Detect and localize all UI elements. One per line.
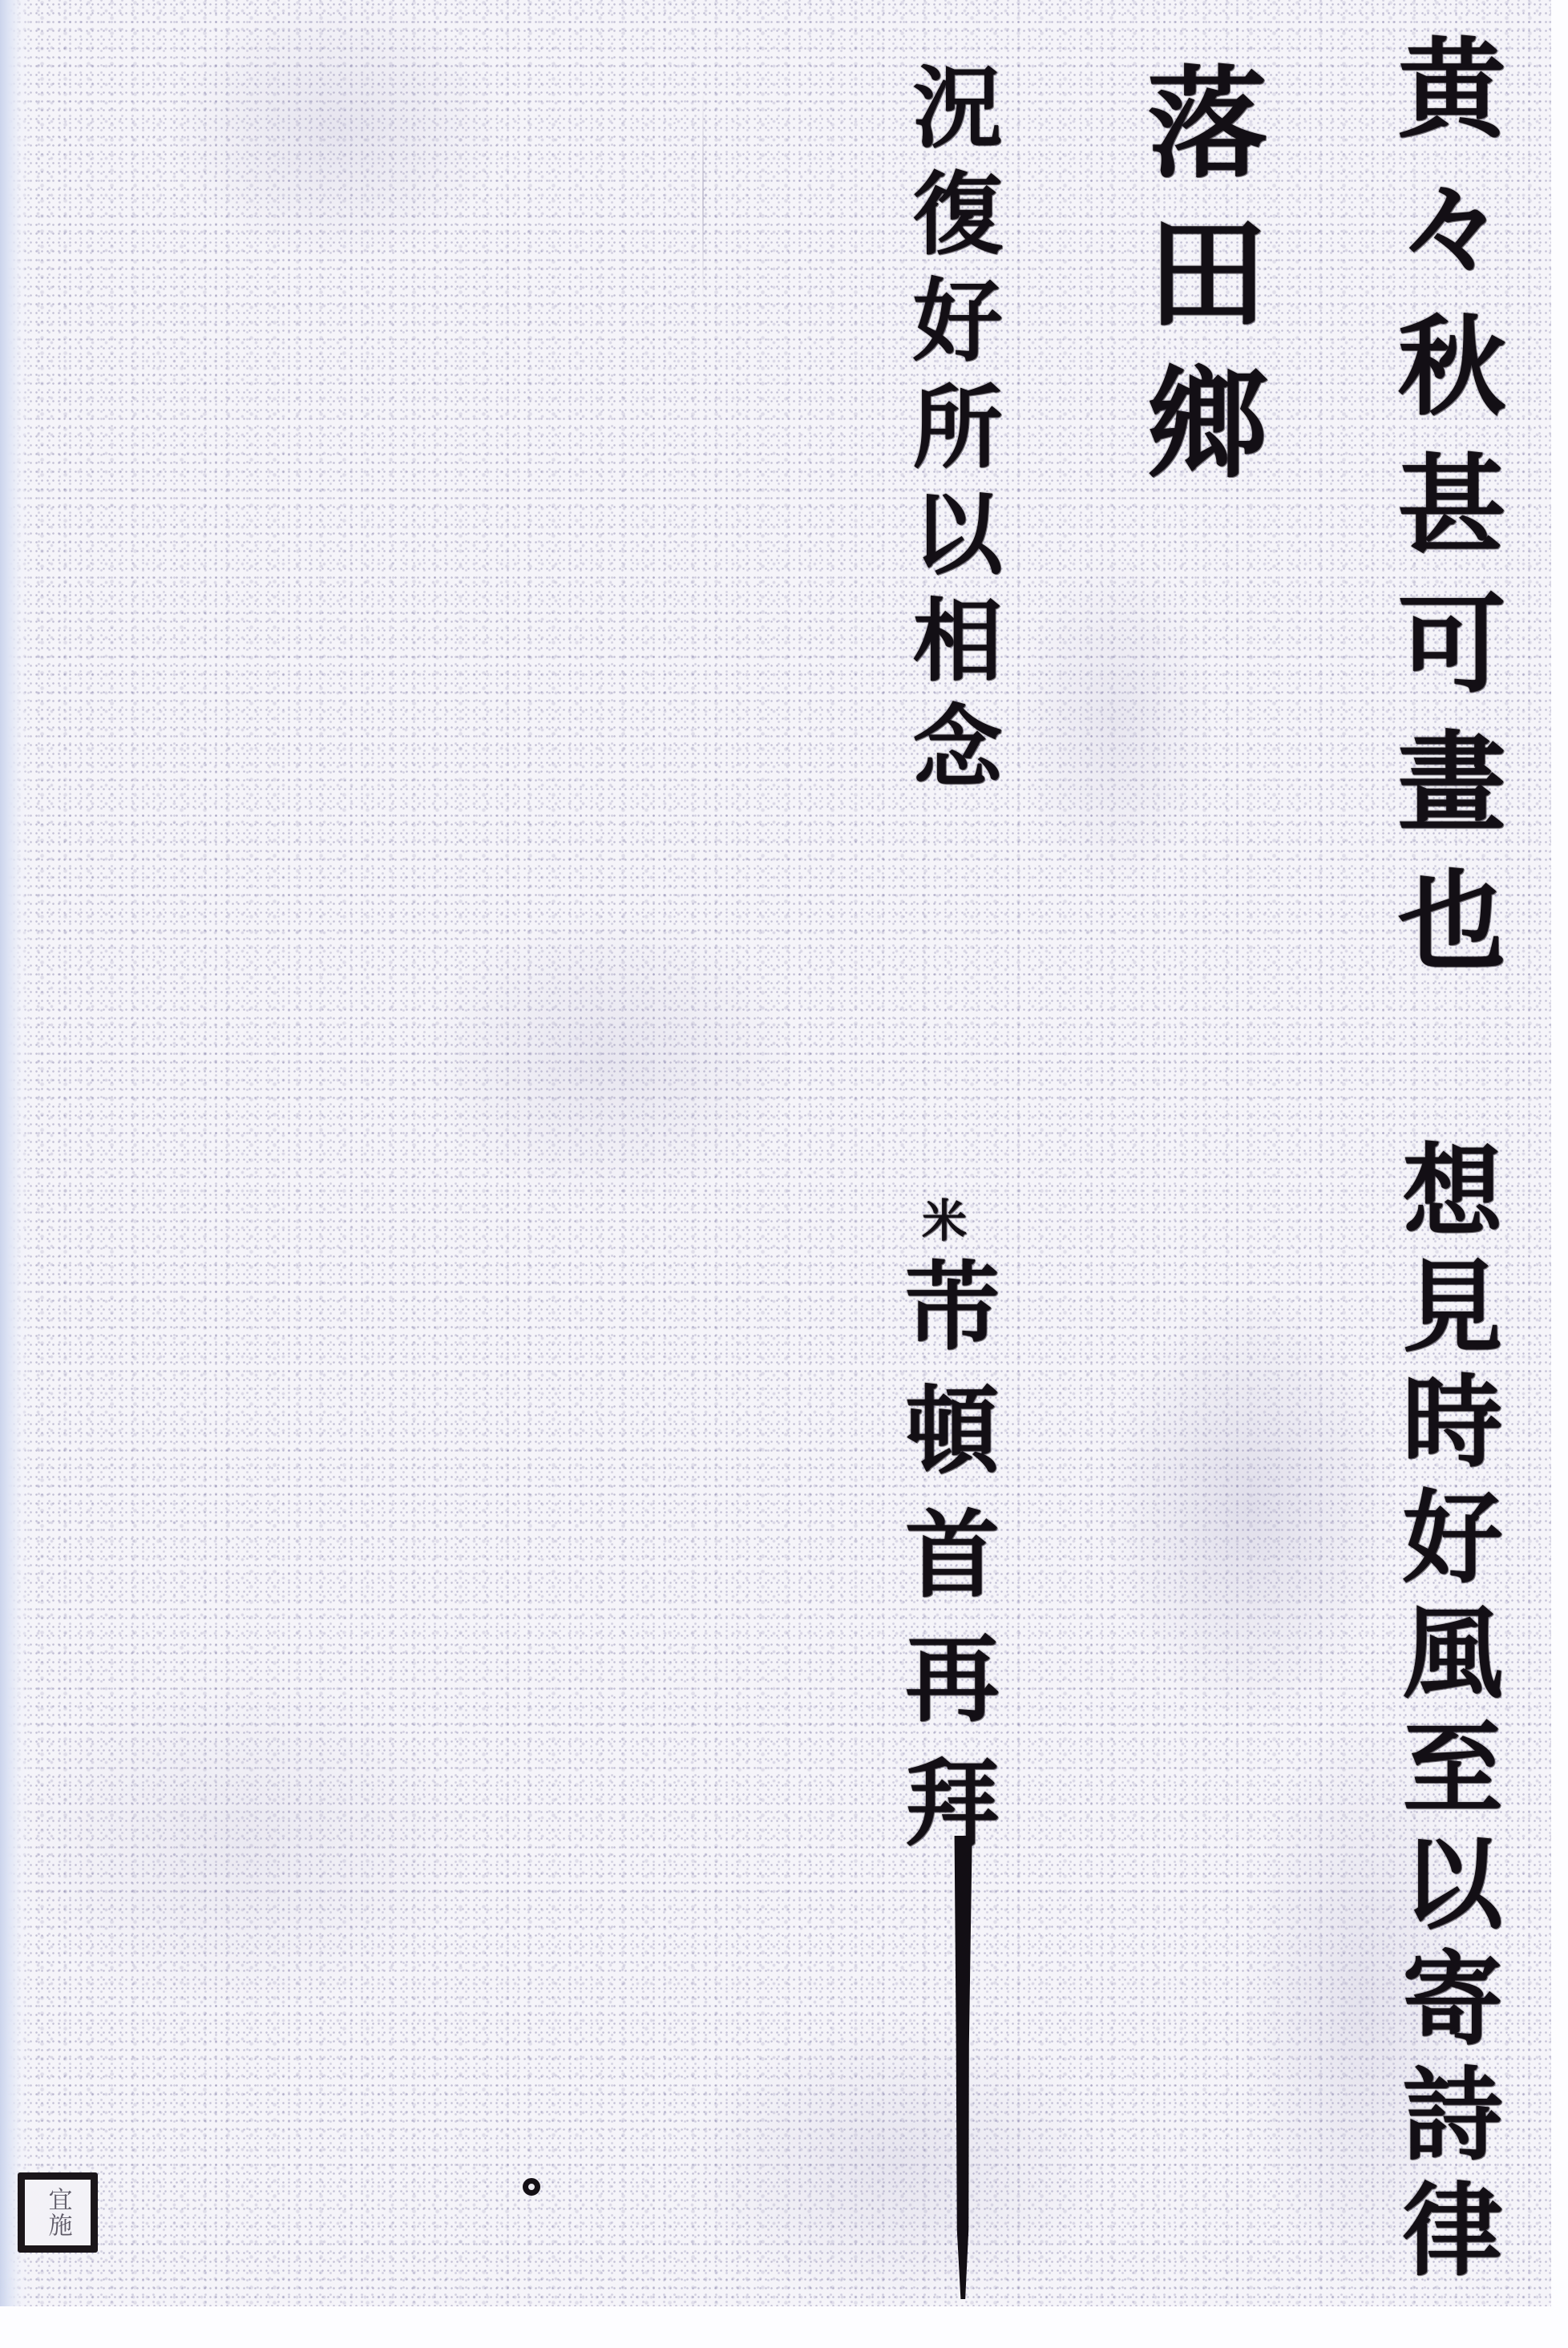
calligraphy-column-2: 落田鄉	[1137, 60, 1257, 510]
paper-scan: 黄々秋甚可畫也 想見時好風至以寄詩律 落田鄉 況復好所以相念 米 芾頓首再拜 宜…	[0, 0, 1551, 2306]
calligraphy-column-3: 況復好所以相念	[905, 60, 995, 806]
scan-edge-shadow	[0, 0, 32, 2306]
seal-text: 宜施	[45, 2187, 71, 2238]
signature-closing: 芾頓首再拜	[897, 1256, 992, 1877]
calligraphy-column-1-upper: 黄々秋甚可畫也	[1389, 32, 1497, 1003]
signature-surname: 米	[919, 1197, 964, 1242]
collector-seal: 宜施	[18, 2172, 98, 2253]
paper-crease	[702, 88, 704, 305]
calligraphy-column-1-lower: 想見時好風至以寄詩律	[1393, 1138, 1493, 2293]
signature-brush-tail	[952, 1836, 973, 2299]
ink-dot-mark	[523, 2178, 540, 2196]
